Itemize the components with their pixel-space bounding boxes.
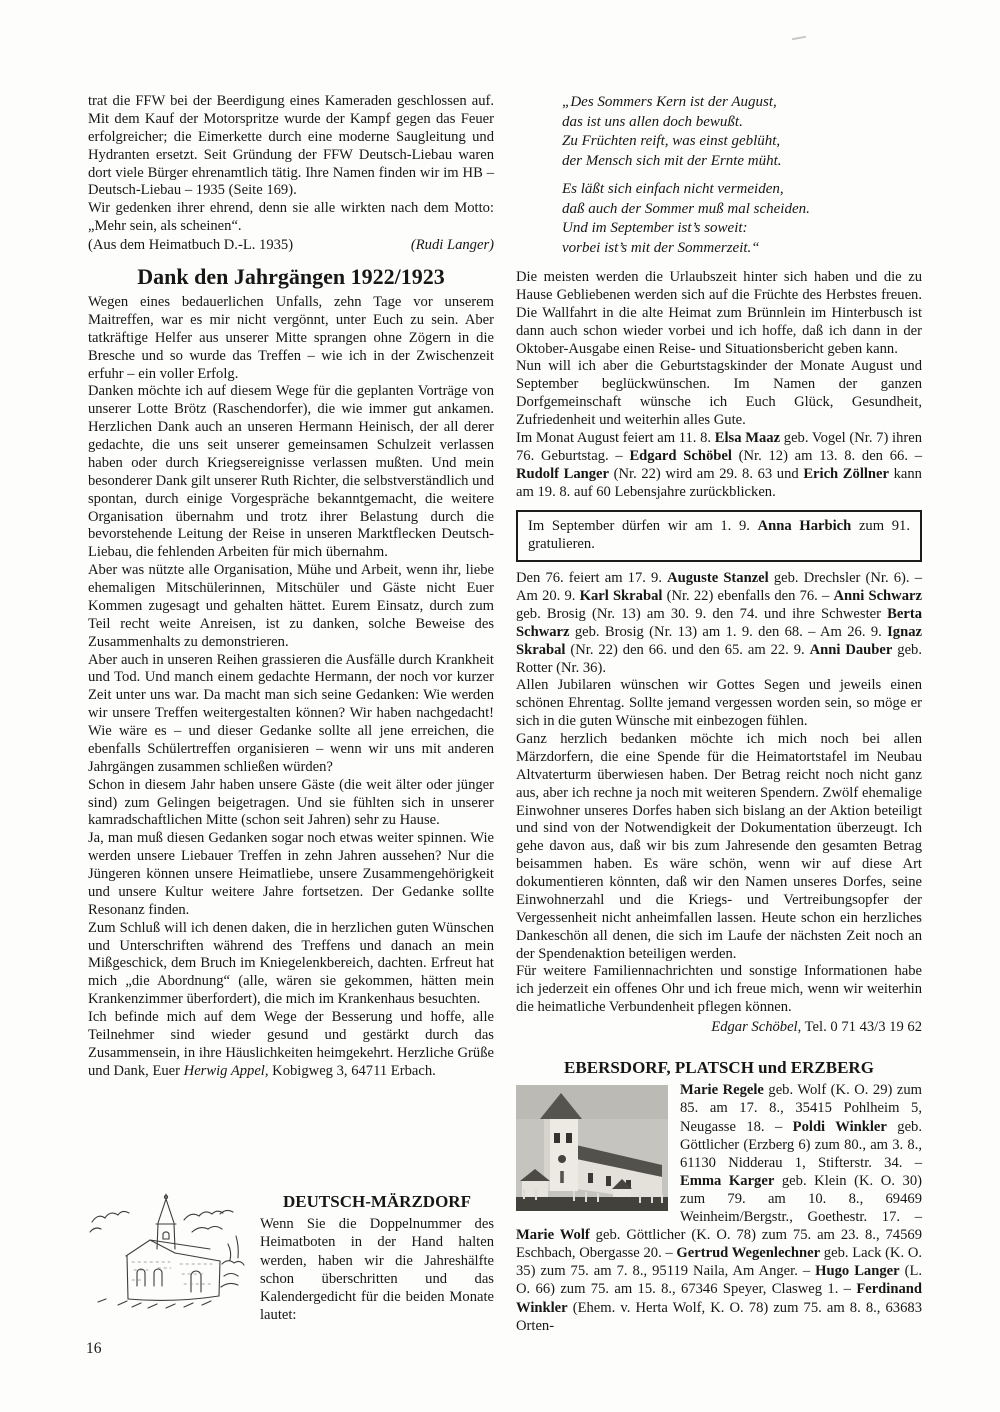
dank-paragraph: Danken möchte ich auf diesem Wege für di… bbox=[88, 383, 494, 562]
dank-paragraph: Aber auch in unseren Reihen grassieren d… bbox=[88, 652, 494, 777]
church-photo bbox=[516, 1085, 668, 1211]
dank-paragraph: Zum Schluß will ich denen daken, die in … bbox=[88, 920, 494, 1009]
dank-paragraph: Ja, man muß diesen Gedanken sogar noch e… bbox=[88, 830, 494, 919]
scan-artifact bbox=[792, 36, 806, 40]
dank-paragraph: Wegen eines bedauerlichen Unfalls, zehn … bbox=[88, 294, 494, 383]
september-birthdays-paragraph: Den 76. feiert am 17. 9. Auguste Stanzel… bbox=[516, 570, 922, 677]
motto-paragraph: Wir gedenken ihrer ehrend, denn sie alle… bbox=[88, 200, 494, 236]
geburtstag-intro-paragraph: Nun will ich aber die Geburtstagskinder … bbox=[516, 358, 922, 430]
summer-poem-stanza-1: „Des Sommers Kern ist der August, das is… bbox=[516, 93, 922, 171]
august-birthdays-paragraph: Im Monat August feiert am 11. 8. Elsa Ma… bbox=[516, 430, 922, 502]
september-birthday-box: Im September dürfen wir am 1. 9. Anna Ha… bbox=[516, 510, 922, 562]
dank-paragraph: Schon in diesem Jahr haben unsere Gäste … bbox=[88, 777, 494, 831]
scanned-page: trat die FFW bei der Beerdigung eines Ka… bbox=[0, 0, 1000, 1412]
dank-closing-paragraph: Ich befinde mich auf dem Wege der Besser… bbox=[88, 1009, 494, 1081]
source-author-label: (Rudi Langer) bbox=[411, 237, 494, 255]
spenden-paragraph: Ganz herzlich bedanken möchte ich mich n… bbox=[516, 731, 922, 963]
summer-poem-stanza-2: Es läßt sich einfach nicht vermeiden, da… bbox=[516, 180, 922, 258]
dank-heading: Dank den Jahrgängen 1922/1923 bbox=[88, 265, 494, 289]
herbst-paragraph: Die meisten werden die Urlaubszeit hinte… bbox=[516, 269, 922, 358]
church-sketch-illustration bbox=[88, 1192, 246, 1312]
page-number: 16 bbox=[86, 1340, 102, 1358]
september-box-text: Im September dürfen wir am 1. 9. Anna Ha… bbox=[528, 518, 910, 554]
ffw-paragraph: trat die FFW bei der Beerdigung eines Ka… bbox=[88, 93, 494, 200]
dank-paragraph: Aber was nützte alle Organisation, Mühe … bbox=[88, 562, 494, 651]
signature-line: Edgar Schöbel, Tel. 0 71 43/3 19 62 bbox=[516, 1019, 922, 1037]
ebersdorf-heading: EBERSDORF, PLATSCH und ERZBERG bbox=[516, 1058, 922, 1078]
jubilare-paragraph: Allen Jubilaren wünschen wir Gottes Sege… bbox=[516, 677, 922, 731]
source-book-label: (Aus dem Heimatbuch D.-L. 1935) bbox=[88, 237, 293, 255]
source-line: (Aus dem Heimatbuch D.-L. 1935) (Rudi La… bbox=[88, 237, 494, 255]
maerzdorf-section: DEUTSCH-MÄRZDORF Wenn Sie die Doppelnumm… bbox=[88, 1192, 494, 1324]
ebersdorf-section: EBERSDORF, PLATSCH und ERZBERG bbox=[516, 1058, 922, 1335]
kontakt-paragraph: Für weitere Familiennachrichten und sons… bbox=[516, 963, 922, 1017]
right-column: „Des Sommers Kern ist der August, das is… bbox=[516, 93, 922, 1037]
left-column: trat die FFW bei der Beerdigung eines Ka… bbox=[88, 93, 494, 1081]
